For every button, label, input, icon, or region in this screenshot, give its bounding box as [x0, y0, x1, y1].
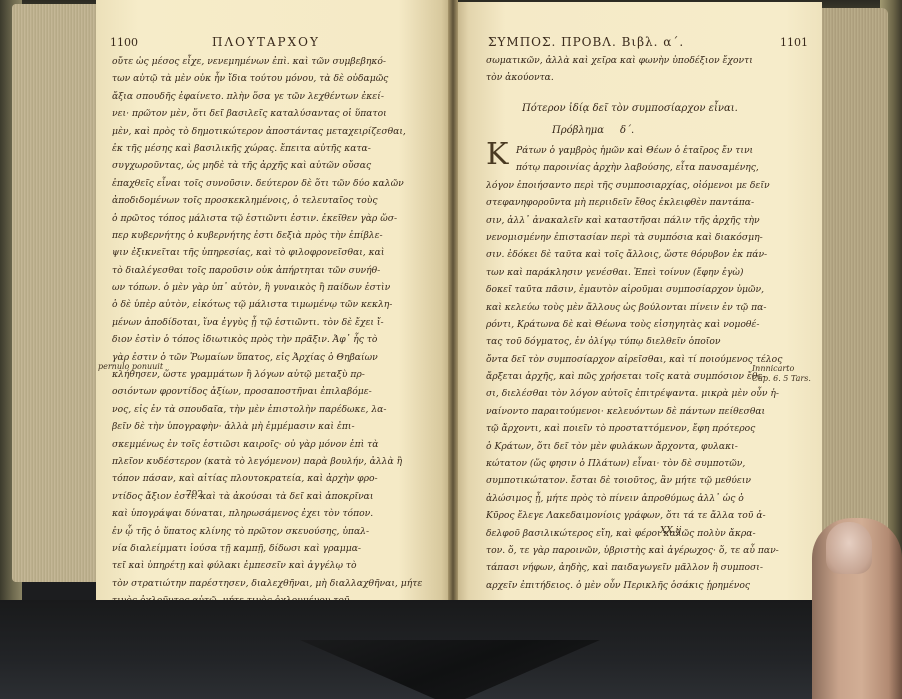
section-title: Πότερον ἰδίᾳ δεῖ τὸν συμποσίαρχον εἶναι. [522, 103, 738, 114]
text-line: νία διαλείμματι ἰούσα τῇ καμπῇ, δίδωσι κ… [112, 540, 444, 557]
text-line: των καὶ παράκλησιν γενέσθαι. Ἐπεὶ τοίνυν… [486, 264, 812, 281]
text-line: λόγον ἐποιήσαντο περὶ τῆς συμποσιαρχίας,… [486, 177, 812, 194]
text-line: σιν. ἐδόκει δὲ ταῦτα καὶ τοῖς ἄλλοις, ὥσ… [486, 246, 812, 263]
text-line: τον. ὅ, τε γὰρ παροινῶν, ὑβριστὴς καὶ ἀγ… [486, 542, 812, 559]
text-line: ἐν ᾧ τῆς ὁ ὕπατος κλίνης τὸ πρῶτον σκευο… [112, 523, 444, 540]
signature-mark: XX ij. [660, 526, 684, 536]
text-line: τεῖ καὶ ὑπηρέτῃ καὶ φύλακι ἐμπεσεῖν καὶ … [112, 557, 444, 574]
text-line: καὶ ὑπογράψαι δύναται, πληρωσάμενος ἐχει… [112, 505, 444, 522]
text-line: Ράτων ὁ γαμβρὸς ἡμῶν καὶ Θέων ὁ ἑταῖρος … [486, 142, 812, 159]
text-line: περ κυβερνήτης ὁ κυβερνήτης ἐστι δεξιὰ π… [112, 227, 444, 244]
page-edges-left [12, 4, 100, 582]
running-head-left: ΠΛΟΥΤΑΡΧΟΥ [212, 35, 320, 49]
text-line: δελφοῦ βασιλικώτερος εἴη, καὶ φέροι καλῶ… [486, 525, 812, 542]
text-line: δοκεῖ ταῦτα πᾶσιν, ἐμαυτὸν αἱροῦμαι συμπ… [486, 281, 812, 298]
line-number-marker: 792 [186, 490, 203, 500]
book-photo: 1100 ΠΛΟΥΤΑΡΧΟΥ οὔτε ὡς μέσος εἶχε, νενε… [0, 0, 902, 699]
text-line: ἄξια σπουδῆς ἐφαίνετο. πλὴν ὅσα γε τῶν λ… [112, 88, 444, 105]
text-line: διον ἐστὶν ὁ τόπος ἰδιωτικὸς πρὸς τὴν πρ… [112, 331, 444, 348]
text-line: τὸ διαλέγεσθαι τοῖς παροῦσιν οὐκ ἀπήρτητ… [112, 262, 444, 279]
text-line: Κῦρος ἔλεγε Λακεδαιμονίοις γράφων, ὅτι τ… [486, 507, 812, 524]
text-line: ντίδος ἄξιον ἐστι. καὶ τὰ ἀκούσαι τὰ δεῖ… [112, 488, 444, 505]
page-number-right: 1101 [780, 36, 808, 49]
text-line: ἀποδιδομένων τοῖς προσκεκλημένοις, ὁ τελ… [112, 192, 444, 209]
text-line: νει· πρῶτον μὲν, ὅτι δεῖ βασιλεῖς καταλύ… [112, 105, 444, 122]
text-line: ὁ Κράτων, ὅτι δεῖ τὸν μὲν φυλάκων ἄρχοντ… [486, 438, 812, 455]
text-line: ὁ πρῶτος τόπος μάλιστα τῷ ἑστιῶντι ἐστιν… [112, 210, 444, 227]
text-line: σιν, ἀλλ᾽ ἀνακαλεῖν καὶ καταστῆσαι πάλιν… [486, 212, 812, 229]
page-edges-right [818, 8, 888, 548]
text-line: πλεῖον κυδέστερον (κατὰ τὸ λεγόμενον) πα… [112, 453, 444, 470]
book-gutter [448, 0, 458, 612]
text-line: μὲν, καὶ πρὸς τὸ δημοτικώτερον ἀποστάντα… [112, 123, 444, 140]
text-line: νος, εἰς ἐν τὰ σπουδαῖα, τὴν μὲν ἐπιστολ… [112, 401, 444, 418]
text-line: σι, διελέσθαι τὸν λόγον αὐτοῖς ἐπιτρέψαν… [486, 385, 812, 402]
page-number-left: 1100 [110, 36, 138, 49]
text-line: μένων ἀποδίδοται, ἵνα ἐγγὺς ᾖ τῷ ἑστιῶντ… [112, 314, 444, 331]
text-line: ρόντι, Κράτωνα δὲ καὶ Θέωνα τοὺς εἰσηγητ… [486, 316, 812, 333]
handwritten-margin-note-left: pernulo ponuuit [98, 362, 163, 371]
problem-label: Πρόβλημα [552, 125, 604, 136]
text-line: σκεμμένως ἐν τοῖς ἑστιῶσι καιροῖς· οὐ γὰ… [112, 436, 444, 453]
text-line: νενομισμένην ἐπιστασίαν περὶ τὰ συμπόσια… [486, 229, 812, 246]
text-line: τόπον πάσαν, καὶ αἰτίας πλουτοκρατεία, κ… [112, 470, 444, 487]
text-line: πότῳ παροινίας ἀρχὴν λαβούσης, εἶτα παυσ… [486, 159, 812, 176]
right-page-intro: σωματικῶν, ἀλλὰ καὶ χεῖρα καὶ φωνὴν ὑποδ… [486, 52, 812, 87]
text-line: οσιόντων φροντίδος ἀξίων, προσαποστῆναι … [112, 383, 444, 400]
text-line: στεφανηφοροῦντα μὴ περιιδεῖν ἔθος ἐκλειφ… [486, 194, 812, 211]
text-line: σωματικῶν, ἀλλὰ καὶ χεῖρα καὶ φωνὴν ὑποδ… [486, 52, 812, 69]
text-line: κώτατον (ὥς φησιν ὁ Πλάτων) εἶναι· τὸν δ… [486, 455, 812, 472]
text-line: τῷ ἄρχοντι, καὶ ποιεῖν τὸ προσταττόμενον… [486, 420, 812, 437]
text-line: τὸν ἀκούοντα. [486, 69, 812, 86]
running-head-right: ΣΥΜΠΟΣ. ΠΡΟΒΛ. Βιβλ. α΄. [488, 35, 684, 49]
left-page-text: οὔτε ὡς μέσος εἶχε, νενεμημένων ἐπὶ. καὶ… [112, 53, 444, 610]
text-line: ψιν ἐξικνεῖται τῆς ὑπηρεσίας, καὶ τὸ φιλ… [112, 244, 444, 261]
text-line: των αὐτῷ τὰ μὲν οὐκ ἦν ἴδια τούτου μόνου… [112, 70, 444, 87]
text-line: ων τόπων. ὁ μὲν γὰρ ὑπ᾽ αὐτὸν, ἢ γυναικὸ… [112, 279, 444, 296]
text-line: συμποτικώτατον. ἔσται δὲ τοιοῦτος, ἂν μή… [486, 472, 812, 489]
text-line: ἁλώσιμος ᾖ, μήτε πρὸς τὸ πίνειν ἀπροθύμω… [486, 490, 812, 507]
text-line: καὶ κελεύω τοὺς μὲν ἄλλους ὡς βούλονται … [486, 299, 812, 316]
text-line: αρχεῖν ἐπιτήδειος. ὁ μὲν οὖν Περικλῆς ὁσ… [486, 577, 812, 594]
text-line: οὔτε ὡς μέσος εἶχε, νενεμημένων ἐπὶ. καὶ… [112, 53, 444, 70]
problem-number: δ΄. [620, 125, 634, 136]
text-line: ὁ δὲ ὑπὲρ αὐτὸν, εἰκότως τῷ μάλιστα τιμω… [112, 296, 444, 313]
text-line: ἐπαχθεῖς εἶναι τοῖς συνοῦσιν. δεύτερον δ… [112, 175, 444, 192]
text-line: τάπασι νήφων, ἀηδὴς, καὶ παιδαγωγεῖν μᾶλ… [486, 559, 812, 576]
thumbnail [826, 522, 872, 574]
text-line: βεῖν δὲ τὴν ὑπογραφὴν· ἀλλὰ μὴ ἐμμέμασιν… [112, 418, 444, 435]
text-line: συγχωροῦντας, ὡς μηδὲ τὰ τῆς ἀρχῆς καὶ α… [112, 157, 444, 174]
text-line: τας τοῦ δόγματος, ἐν ὀλίγῳ τύπῳ διελθεῖν… [486, 333, 812, 350]
left-page-header: 1100 ΠΛΟΥΤΑΡΧΟΥ [110, 36, 440, 54]
text-line: ἐκ τῆς μέσης καὶ βασιλικῆς χώρας. ἔπειτα… [112, 140, 444, 157]
text-line: τὸν στρατιώτην παρέστησεν, διαλεχθῆναι, … [112, 575, 444, 592]
handwritten-margin-note-right: Innnicarto Cap. 6. 5 Tars. [752, 364, 812, 384]
text-line: ναίνοντο παραιτούμενοι· κελευόντων δὲ πά… [486, 403, 812, 420]
